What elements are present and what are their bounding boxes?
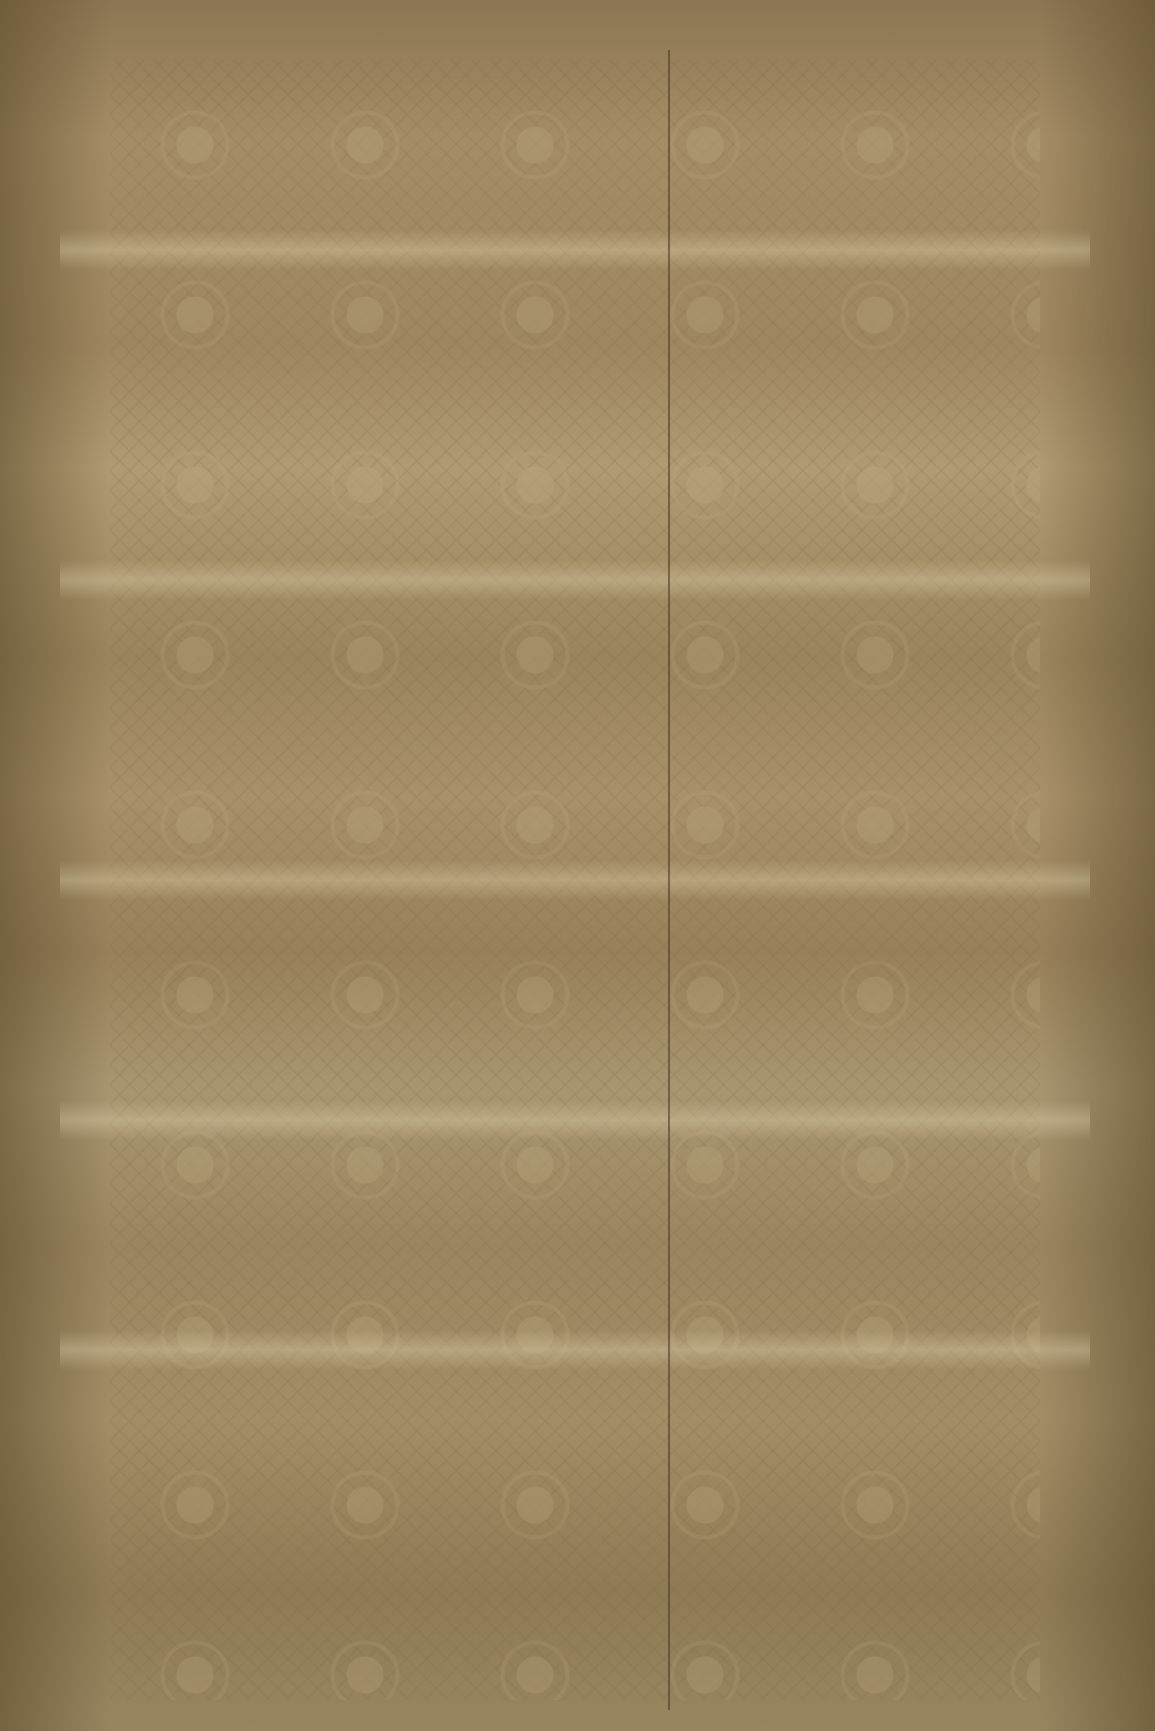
- textile-photo: [0, 0, 1155, 1731]
- fabric-sheen: [60, 1330, 1090, 1370]
- center-seam: [668, 50, 670, 1710]
- fabric-sheen: [60, 860, 1090, 900]
- fabric-sheen: [60, 1100, 1090, 1140]
- fabric-sheen: [60, 560, 1090, 600]
- fabric-sheen: [60, 230, 1090, 270]
